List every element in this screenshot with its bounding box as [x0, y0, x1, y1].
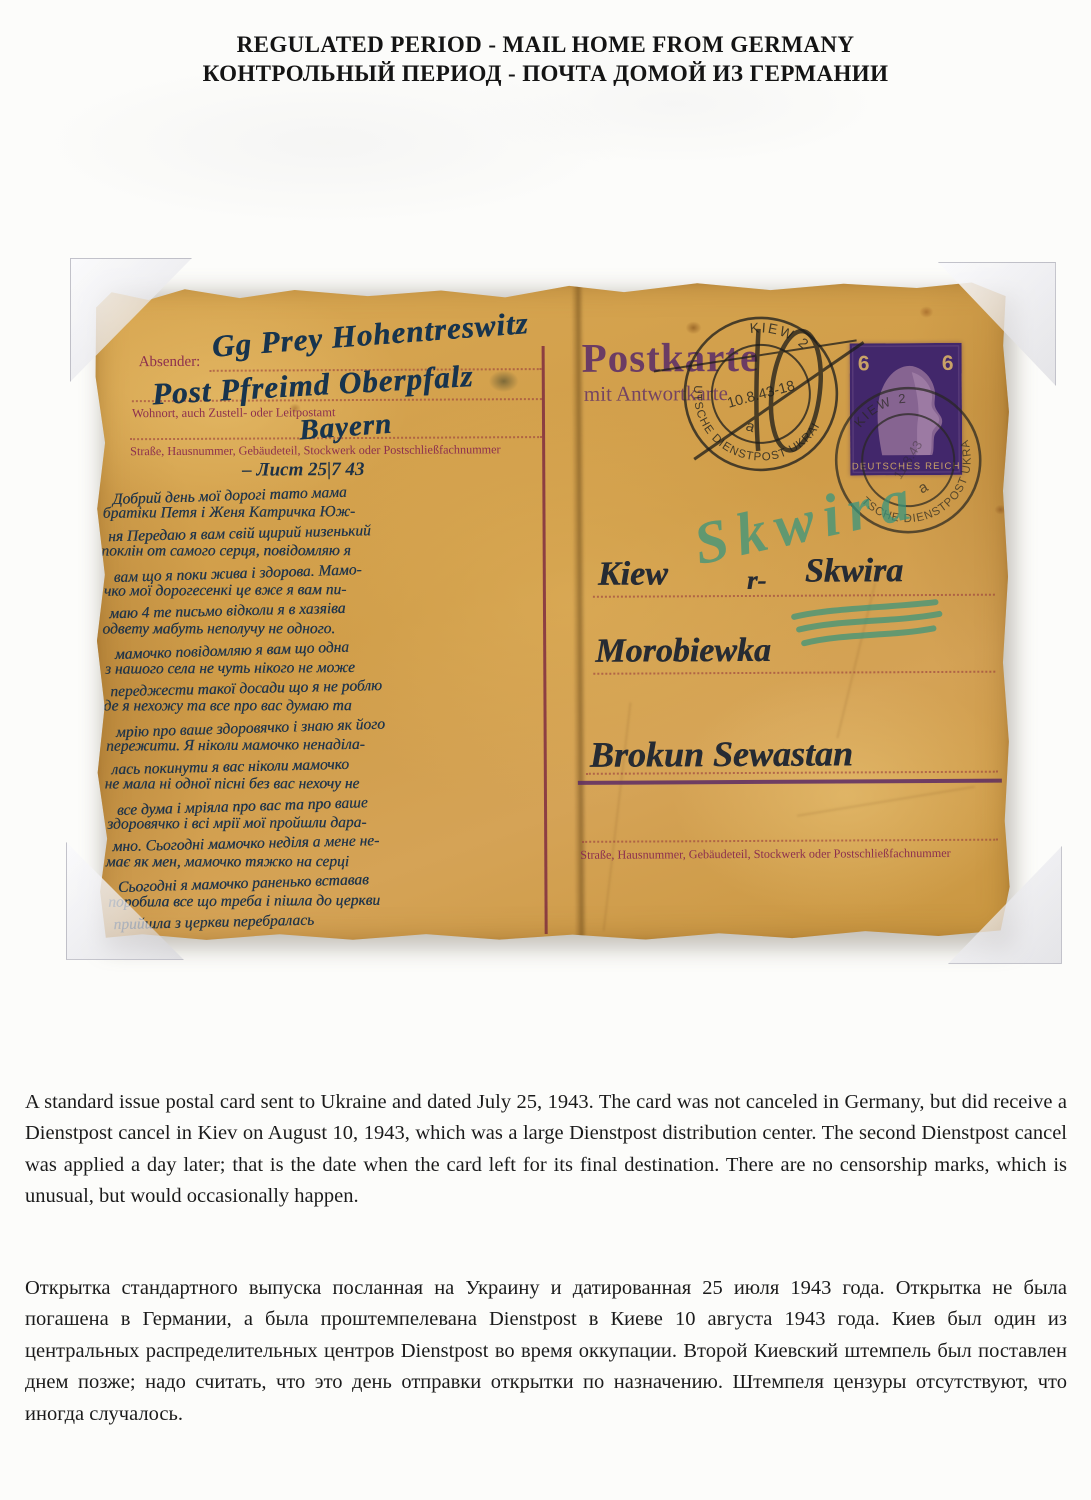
page-title-line1: REGULATED PERIOD - MAIL HOME FROM GERMAN… [0, 30, 1091, 59]
address-dotted-line [593, 671, 995, 675]
sender-handwriting-line3: Bayern [298, 408, 393, 448]
page-title-line2: КОНТРОЛЬНЫЙ ПЕРИОД - ПОЧТА ДОМОЙ ИЗ ГЕРМ… [0, 59, 1091, 88]
sender-handwriting-line1: Gg Prey Hohentreswitz [211, 305, 530, 365]
address-underline [578, 779, 1002, 785]
caption-english: A standard issue postal card sent to Ukr… [25, 1087, 1067, 1213]
address-region-dash: r- [747, 565, 767, 596]
absender-label: Absender: [139, 354, 201, 371]
page-title: REGULATED PERIOD - MAIL HOME FROM GERMAN… [0, 30, 1091, 88]
letter-body-handwriting: Добрий день мої дорогі тато мамабратіки … [100, 480, 562, 933]
address-recipient: Brokun Sewastan [590, 732, 853, 775]
wrinkle [797, 786, 975, 817]
teal-crayon-scribble [788, 597, 946, 656]
stain [919, 306, 933, 318]
address-city: Kiew [598, 555, 668, 593]
svg-text:a: a [915, 478, 931, 497]
caption-russian: Открытка стандартного выпуска посланная … [25, 1273, 1067, 1431]
exhibit-page: REGULATED PERIOD - MAIL HOME FROM GERMAN… [0, 0, 1091, 1500]
postcard-photo: Absender: Wohnort, auch Zustell- oder Le… [93, 280, 1011, 945]
address-village: Morobiewka [595, 632, 771, 671]
address-district: Skwira [805, 552, 903, 591]
form-dotted-line [582, 839, 998, 843]
letter-date-line: – Лист 25|7 43 [242, 459, 364, 482]
strasse-label-right: Straße, Hausnummer, Gebäudeteil, Stockwe… [580, 846, 951, 863]
ink-blot [489, 370, 519, 392]
